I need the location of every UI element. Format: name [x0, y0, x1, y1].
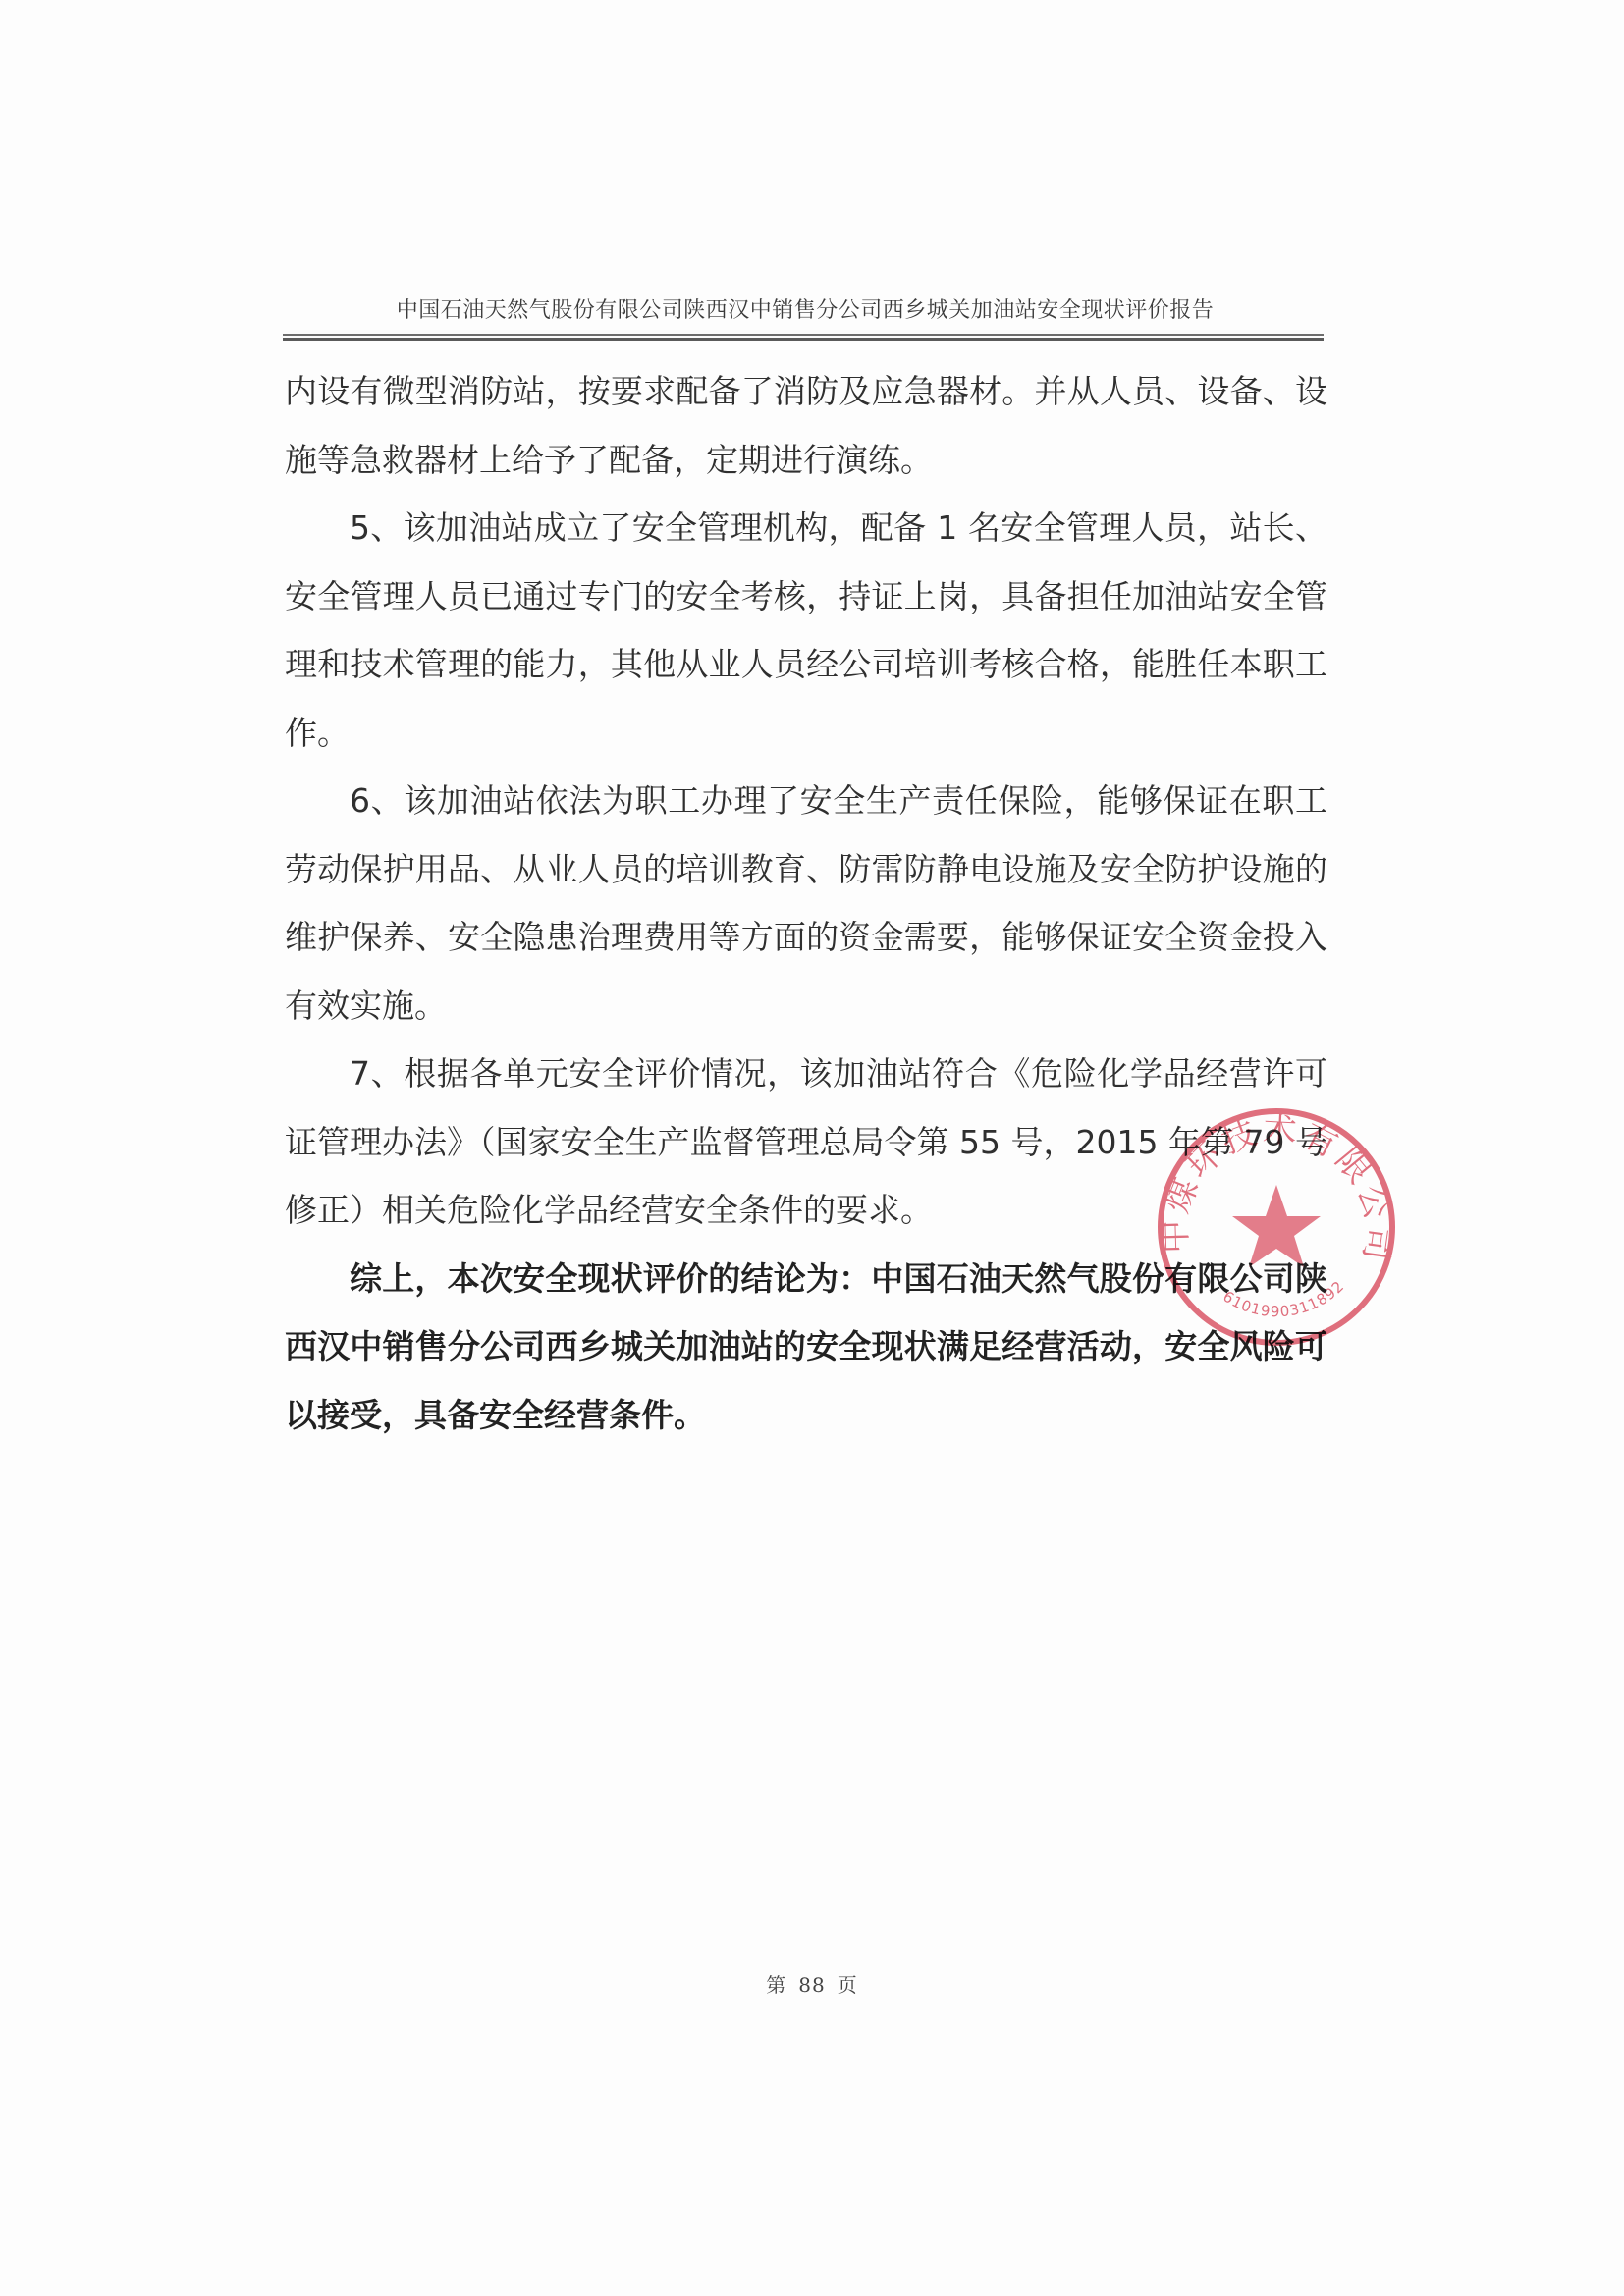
document-page: 中国石油天然气股份有限公司陕西汉中销售分公司西乡城关加油站安全现状评价报告 内设…: [0, 0, 1624, 2296]
paragraph-item-7: 7、根据各单元安全评价情况，该加油站符合《危险化学品经营许可证管理办法》（国家安…: [285, 1040, 1327, 1245]
body-text: 内设有微型消防站，按要求配备了消防及应急器材。并从人员、设备、设施等急救器材上给…: [285, 357, 1327, 1449]
running-header: 中国石油天然气股份有限公司陕西汉中销售分公司西乡城关加油站安全现状评价报告: [285, 294, 1326, 328]
paragraph-conclusion: 综上，本次安全现状评价的结论为：中国石油天然气股份有限公司陕西汉中销售分公司西乡…: [285, 1245, 1327, 1450]
page-number-suffix: 页: [838, 1973, 858, 1997]
paragraph-item-6: 6、该加油站依法为职工办理了安全生产责任保险，能够保证在职工劳动保护用品、从业人…: [285, 767, 1327, 1040]
page-number-prefix: 第: [766, 1973, 786, 1997]
header-rule-thin-line: [283, 334, 1324, 336]
page-number-value: 88: [798, 1973, 825, 1997]
header-rule: [283, 334, 1324, 341]
header-rule-thick-line: [283, 338, 1324, 341]
page-number: 第88页: [0, 1969, 1624, 1998]
paragraph-continued: 内设有微型消防站，按要求配备了消防及应急器材。并从人员、设备、设施等急救器材上给…: [285, 357, 1327, 494]
paragraph-item-5: 5、该加油站成立了安全管理机构，配备 1 名安全管理人员，站长、安全管理人员已通…: [285, 494, 1327, 767]
